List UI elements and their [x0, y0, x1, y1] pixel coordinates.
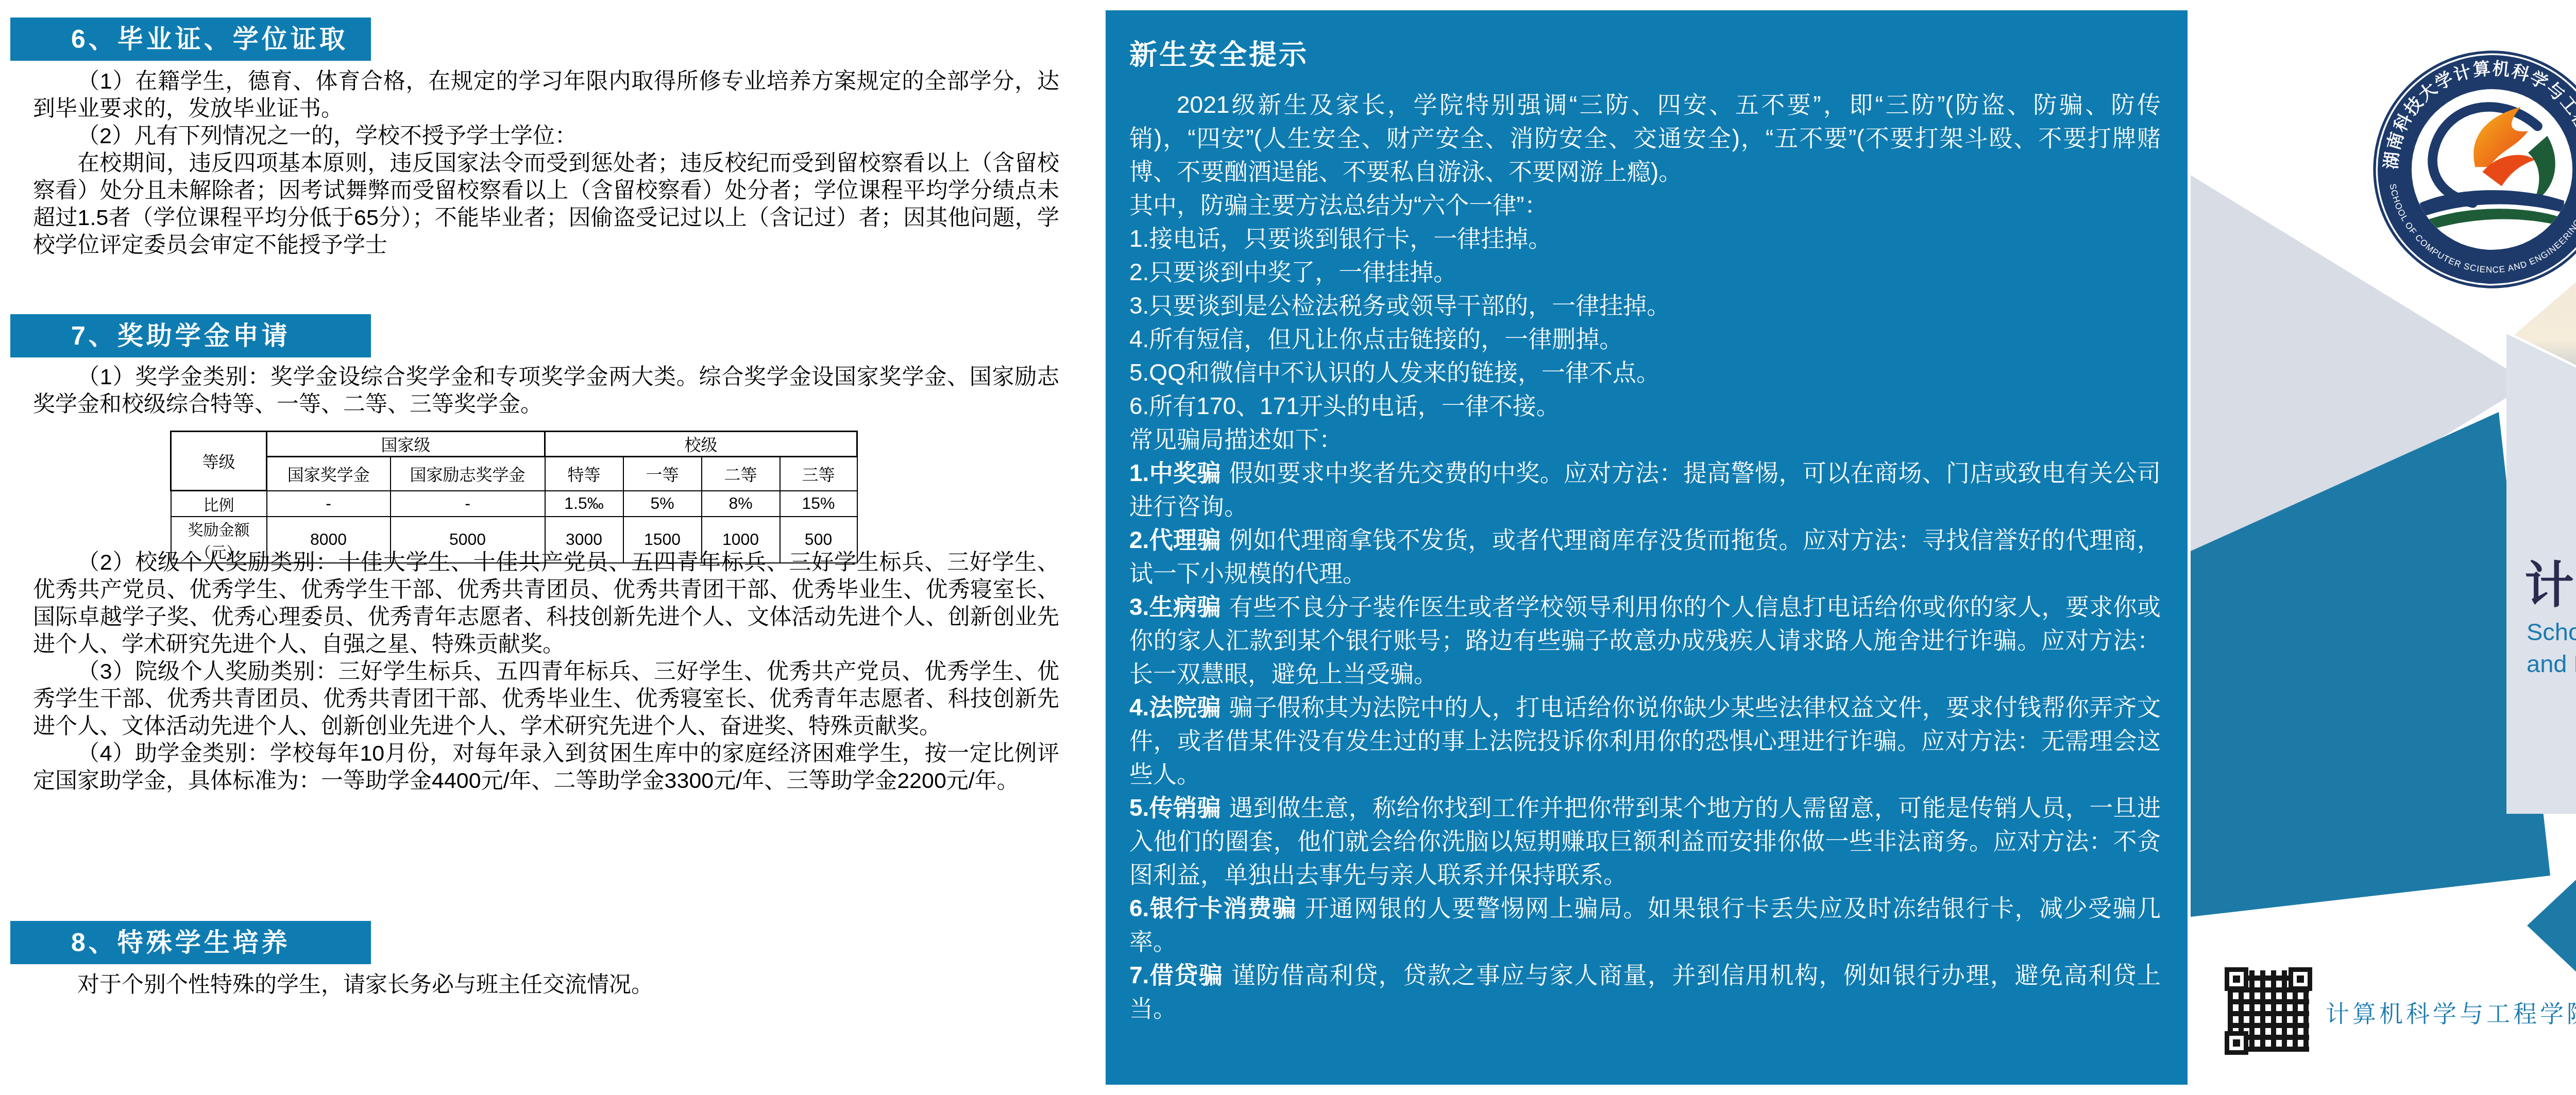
paragraph: （1）奖学金类别：奖学金设综合奖学金和专项奖学金两大类。综合奖学金设国家奖学金、…	[33, 364, 1059, 418]
table-col-header: 一等	[623, 457, 702, 491]
paragraph: （4）助学金类别：学校每年10月份，对每年录入到贫困生库中的家庭经济困难学生，按…	[33, 740, 1059, 795]
brochure-canvas: 6、毕业证、学位证取得 （1）在籍学生，德育、体育合格，在规定的学习年限内取得所…	[0, 0, 2576, 1095]
table-cell: -	[267, 491, 391, 517]
school-name-en-line2: and Enginering	[2527, 648, 2576, 680]
table-group-national: 国家级	[267, 432, 545, 457]
table-row-label: 比例	[171, 491, 267, 517]
scam-lead: 5.传销骗	[1129, 794, 1221, 821]
paragraph: 在校期间，违反四项基本原则，违反国家法令而受到惩处者；违反校纪而受到留校察看以上…	[33, 150, 1059, 259]
safety-tips-title: 新生安全提示	[1129, 33, 2161, 73]
qr-caption: 计算机科学与工程学院官网	[2326, 995, 2576, 1029]
school-name-en: School of Computer Science and Enginerin…	[2527, 616, 2576, 680]
paragraph: 对于个别个性特殊的学生，请家长务必与班主任交流情况。	[33, 971, 1059, 999]
scam-body: 遇到做生意，称给你找到工作并把你带到某个地方的人需留意，可能是传销人员，一旦进入…	[1129, 794, 2161, 888]
table-cell: 1.5‰	[545, 491, 623, 517]
section7-body: （2）校级个人奖励类别：十佳大学生、十佳共产党员、五四青年标兵、三好学生标兵、三…	[33, 549, 1059, 795]
table-corner-cell: 等级	[171, 432, 267, 491]
scam-item: 5.传销骗遇到做生意，称给你找到工作并把你带到某个地方的人需留意，可能是传销人员…	[1129, 791, 2161, 892]
table-col-header: 国家奖学金	[267, 457, 391, 491]
rule-item: 5.QQ和微信中不认识的人发来的链接，一律不点。	[1129, 356, 2161, 389]
scam-lead: 3.生病骗	[1129, 593, 1221, 620]
qr-finder-icon	[2225, 967, 2248, 991]
section8-title-bar: 8、特殊学生培养	[10, 921, 371, 964]
table-cell: 15%	[780, 491, 857, 517]
section6-title-bar: 6、毕业证、学位证取得	[10, 18, 371, 61]
rule-item: 2.只要谈到中奖了，一律挂掉。	[1129, 255, 2161, 289]
school-name-en-line1: School of Computer Science	[2527, 616, 2576, 648]
scams-intro: 常见骗局描述如下：	[1129, 423, 2161, 456]
section7-title: 7、奖助学金申请	[71, 321, 291, 350]
scam-lead: 1.中奖骗	[1129, 459, 1221, 486]
table-cell: 8%	[702, 491, 780, 517]
scam-lead: 6.银行卡消费骗	[1129, 895, 1297, 921]
section7-title-bar: 7、奖助学金申请	[10, 314, 371, 357]
table-group-school: 校级	[545, 432, 857, 457]
scam-body: 假如要求中奖者先交费的中奖。应对方法：提高警惕，可以在商场、门店或致电有关公司进…	[1129, 459, 2161, 520]
six-rules-intro: 其中，防骗主要方法总结为“六个一律”：	[1129, 189, 2161, 222]
qr-finder-icon	[2289, 967, 2312, 991]
scam-item: 1.中奖骗假如要求中奖者先交费的中奖。应对方法：提高警惕，可以在商场、门店或致电…	[1129, 456, 2161, 523]
scam-lead: 7.借贷骗	[1129, 962, 1223, 988]
scam-body: 有些不良分子装作医生或者学校领导利用你的个人信息打电话给你或你的家人，要求你或你…	[1129, 593, 2161, 687]
section7-intro: （1）奖学金类别：奖学金设综合奖学金和专项奖学金两大类。综合奖学金设国家奖学金、…	[33, 364, 1059, 418]
panel-middle-safety-tips: 新生安全提示 2021级新生及家长，学院特别强调“三防、四安、五不要”，即“三防…	[1106, 10, 2188, 1085]
scam-body: 骗子假称其为法院中的人，打电话给你说你缺少某些法律权益文件，要求付钱帮你弄齐文件…	[1129, 694, 2161, 788]
scam-body: 例如代理商拿钱不发货，或者代理商库存没货而拖货。应对方法：寻找信誉好的代理商，试…	[1129, 526, 2161, 587]
qr-finder-icon	[2225, 1031, 2248, 1055]
scam-body: 谨防借高利贷，贷款之事应与家人商量，并到信用机构，例如银行办理，避免高利贷上当。	[1129, 962, 2161, 1022]
table-col-header: 三等	[780, 457, 857, 491]
section6-body: （1）在籍学生，德育、体育合格，在规定的学习年限内取得所修专业培养方案规定的全部…	[33, 68, 1059, 259]
scam-item: 2.代理骗例如代理商拿钱不发货，或者代理商库存没货而拖货。应对方法：寻找信誉好的…	[1129, 523, 2161, 590]
table-col-header: 国家励志奖学金	[391, 457, 545, 491]
scam-lead: 4.法院骗	[1129, 694, 1221, 721]
school-emblem-logo: 湖南科技大学计算机科学与工程学院 SCHOOL OF COMPUTER SCIE…	[2372, 49, 2576, 289]
scam-lead: 2.代理骗	[1129, 526, 1221, 553]
panel-right-cover: 湖南科技大学计算机科学与工程学院 SCHOOL OF COMPUTER SCIE…	[2191, 0, 2576, 1095]
table-col-header: 特等	[545, 457, 623, 491]
paragraph: （2）凡有下列情况之一的，学校不授予学士学位：	[33, 123, 1059, 150]
rule-item: 3.只要谈到是公检法税务或领导干部的，一律挂掉。	[1129, 289, 2161, 322]
section8-title: 8、特殊学生培养	[71, 928, 291, 957]
paragraph: （3）院级个人奖励类别：三好学生标兵、五四青年标兵、三好学生、优秀共产党员、优秀…	[33, 658, 1059, 740]
scam-item: 3.生病骗有些不良分子装作医生或者学校领导利用你的个人信息打电话给你或你的家人，…	[1129, 590, 2161, 691]
qr-code	[2225, 967, 2312, 1055]
table-cell: -	[391, 491, 545, 517]
rule-item: 1.接电话，只要谈到银行卡，一律挂掉。	[1129, 222, 2161, 255]
rule-item: 6.所有170、171开头的电话，一律不接。	[1129, 389, 2161, 423]
panel-left: 6、毕业证、学位证取得 （1）在籍学生，德育、体育合格，在规定的学习年限内取得所…	[0, 0, 1095, 1095]
scholarship-table: 等级 国家级 校级 国家奖学金 国家励志奖学金 特等 一等 二等 三等 比例 -…	[170, 431, 858, 563]
table-col-header: 二等	[702, 457, 780, 491]
scam-item: 7.借贷骗谨防借高利贷，贷款之事应与家人商量，并到信用机构，例如银行办理，避免高…	[1129, 959, 2161, 1025]
table-cell: 5%	[623, 491, 702, 517]
school-name-zh: 计算机科学与工程学院	[2524, 546, 2576, 617]
scam-item: 6.银行卡消费骗开通网银的人要警惕网上骗局。如果银行卡丢失应及时冻结银行卡，减少…	[1129, 892, 2161, 959]
scam-item: 4.法院骗骗子假称其为法院中的人，打电话给你说你缺少某些法律权益文件，要求付钱帮…	[1129, 691, 2161, 791]
paragraph: （2）校级个人奖励类别：十佳大学生、十佳共产党员、五四青年标兵、三好学生标兵、三…	[33, 549, 1059, 658]
section8-body: 对于个别个性特殊的学生，请家长务必与班主任交流情况。	[33, 971, 1059, 999]
rule-item: 4.所有短信，但凡让你点击链接的，一律删掉。	[1129, 322, 2161, 356]
safety-intro: 2021级新生及家长，学院特别强调“三防、四安、五不要”，即“三防”(防盗、防骗…	[1129, 88, 2161, 189]
paragraph: （1）在籍学生，德育、体育合格，在规定的学习年限内取得所修专业培养方案规定的全部…	[33, 68, 1059, 123]
